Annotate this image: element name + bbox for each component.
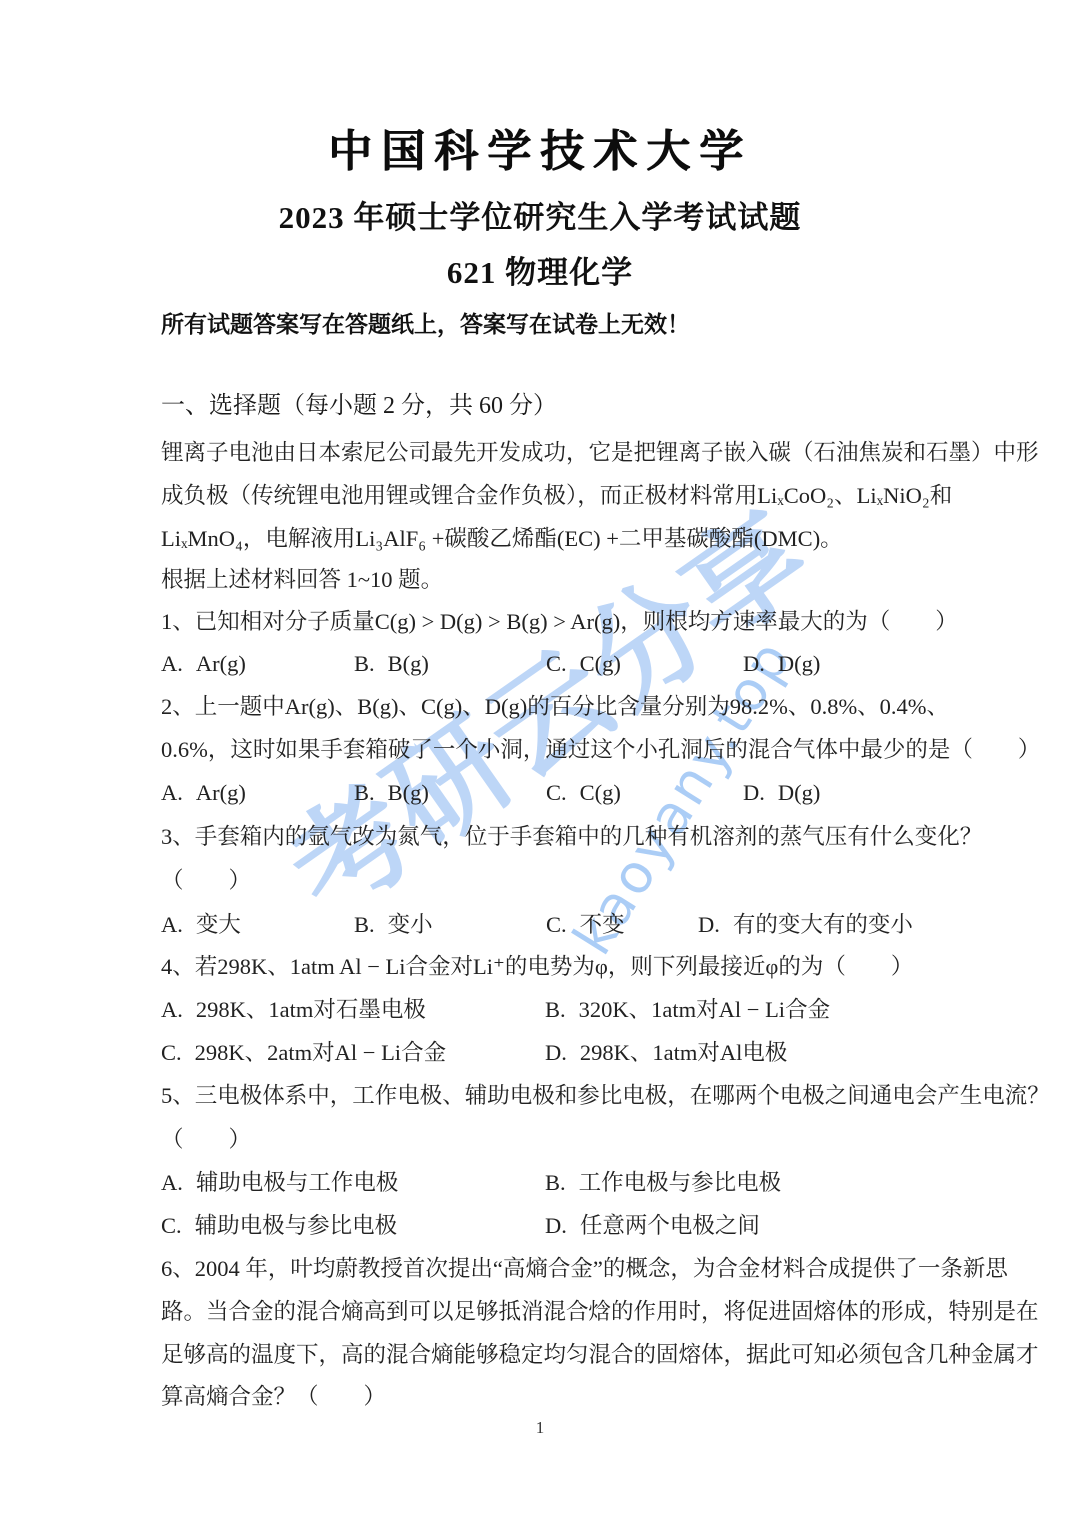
question-1-options: A.Ar(g) B.B(g) C.C(g) D.D(g) [161, 648, 931, 679]
question-6-text: 6、2004 年，叶均蔚教授首次提出“高熵合金”的概念，为合金材料合成提供了一条… [161, 1253, 931, 1284]
option-d: D.298K、1atm对Al电极 [545, 1037, 931, 1068]
option-text: D(g) [778, 780, 820, 805]
option-c: C.C(g) [546, 648, 743, 679]
option-label: B. [354, 651, 375, 676]
option-label: D. [743, 780, 765, 805]
option-label: D. [545, 1040, 567, 1065]
section-title: 一、选择题（每小题 2 分，共 60 分） [161, 390, 931, 422]
option-b: B.B(g) [354, 777, 546, 808]
option-label: A. [161, 997, 183, 1022]
option-label: D. [545, 1213, 567, 1238]
option-text: 变大 [196, 912, 241, 937]
option-label: B. [354, 780, 375, 805]
option-a: A.辅助电极与工作电极 [161, 1167, 545, 1198]
option-text: 工作电极与参比电极 [579, 1170, 782, 1195]
option-a: A.变大 [161, 909, 354, 940]
question-4-options-row2: C.298K、2atm对Al − Li合金 D.298K、1atm对Al电极 [161, 1037, 931, 1068]
option-text: C(g) [580, 651, 621, 676]
question-3-text: 3、手套箱内的氩气改为氮气，位于手套箱中的几种有机溶剂的蒸气压有什么变化？ [161, 821, 931, 852]
option-text: Ar(g) [196, 651, 246, 676]
subject-title: 621 物理化学 [0, 253, 1080, 293]
option-b: B.320K、1atm对Al − Li合金 [545, 994, 931, 1025]
option-a: A.Ar(g) [161, 777, 354, 808]
option-label: B. [354, 912, 375, 937]
intro-line: LiₓMnO₄，电解液用Li₃AlF₆ +碳酸乙烯酯(EC) +二甲基碳酸酯(D… [161, 523, 931, 554]
option-text: 298K、1atm对Al电极 [580, 1040, 788, 1065]
option-label: C. [161, 1040, 182, 1065]
option-text: 任意两个电极之间 [580, 1213, 760, 1238]
exam-paper-page: 考研云分享 kaoyany.top 中国科学技术大学 2023 年硕士学位研究生… [0, 0, 1080, 1528]
option-text: 变小 [388, 912, 433, 937]
question-3-blank: （ ） [161, 865, 931, 896]
option-text: 298K、1atm对石墨电极 [196, 997, 426, 1022]
question-6-text: 路。当合金的混合熵高到可以足够抵消混合焓的作用时，将促进固熔体的形成，特别是在 [161, 1296, 931, 1327]
option-b: B.工作电极与参比电极 [545, 1167, 931, 1198]
option-text: D(g) [778, 651, 820, 676]
option-c: C.辅助电极与参比电极 [161, 1210, 545, 1241]
page-number: 1 [0, 1412, 1080, 1443]
option-d: D.任意两个电极之间 [545, 1210, 931, 1241]
option-text: Ar(g) [196, 780, 246, 805]
option-label: B. [545, 997, 566, 1022]
question-2-text: 0.6%，这时如果手套箱破了一个小洞，通过这个小孔洞后的混合气体中最少的是（ ） [161, 734, 931, 765]
answer-notice: 所有试题答案写在答题纸上，答案写在试卷上无效！ [161, 309, 931, 340]
exam-title: 2023 年硕士学位研究生入学考试试题 [0, 198, 1080, 238]
option-c: C.298K、2atm对Al − Li合金 [161, 1037, 545, 1068]
university-title: 中国科学技术大学 [0, 126, 1080, 178]
option-d: D.D(g) [743, 777, 931, 808]
question-4-text: 4、若298K、1atm Al − Li合金对Li⁺的电势为φ，则下列最接近φ的… [161, 951, 931, 982]
option-label: A. [161, 1170, 183, 1195]
option-c: C.C(g) [546, 777, 743, 808]
option-a: A.Ar(g) [161, 648, 354, 679]
option-a: A.298K、1atm对石墨电极 [161, 994, 545, 1025]
question-6-text: 算高熵合金？（ ） [161, 1381, 931, 1412]
question-2-options: A.Ar(g) B.B(g) C.C(g) D.D(g) [161, 777, 931, 808]
option-b: B.B(g) [354, 648, 546, 679]
question-5-text: 5、三电极体系中，工作电极、辅助电极和参比电极，在哪两个电极之间通电会产生电流？ [161, 1080, 931, 1111]
option-label: A. [161, 912, 183, 937]
intro-line: 锂离子电池由日本索尼公司最先开发成功，它是把锂离子嵌入碳（石油焦炭和石墨）中形 [161, 437, 931, 468]
option-label: D. [743, 651, 765, 676]
option-text: 320K、1atm对Al − Li合金 [579, 997, 830, 1022]
option-d: D.有的变大有的变小 [698, 909, 931, 940]
option-label: A. [161, 651, 183, 676]
option-b: B.变小 [354, 909, 546, 940]
option-c: C.不变 [546, 909, 698, 940]
intro-line: 根据上述材料回答 1~10 题。 [161, 564, 931, 595]
option-label: D. [698, 912, 720, 937]
option-label: C. [546, 780, 567, 805]
option-text: 辅助电极与参比电极 [195, 1213, 398, 1238]
option-label: C. [546, 651, 567, 676]
option-text: 不变 [580, 912, 625, 937]
option-label: C. [161, 1213, 182, 1238]
question-5-options-row2: C.辅助电极与参比电极 D.任意两个电极之间 [161, 1210, 931, 1241]
option-text: 有的变大有的变小 [733, 912, 913, 937]
question-2-text: 2、上一题中Ar(g)、B(g)、C(g)、D(g)的百分比含量分别为98.2%… [161, 691, 931, 722]
option-text: C(g) [580, 780, 621, 805]
option-text: 298K、2atm对Al − Li合金 [195, 1040, 446, 1065]
option-text: B(g) [388, 651, 429, 676]
question-5-blank: （ ） [161, 1124, 931, 1155]
option-d: D.D(g) [743, 648, 931, 679]
question-4-options-row1: A.298K、1atm对石墨电极 B.320K、1atm对Al − Li合金 [161, 994, 931, 1025]
question-3-options: A.变大 B.变小 C.不变 D.有的变大有的变小 [161, 909, 931, 940]
question-5-options-row1: A.辅助电极与工作电极 B.工作电极与参比电极 [161, 1167, 931, 1198]
question-6-text: 足够高的温度下，高的混合熵能够稳定均匀混合的固熔体，据此可知必须包含几种金属才 [161, 1339, 931, 1370]
option-text: 辅助电极与工作电极 [196, 1170, 399, 1195]
intro-line: 成负极（传统锂电池用锂或锂合金作负极），而正极材料常用LiₓCoO₂、LiₓNi… [161, 480, 931, 511]
option-label: A. [161, 780, 183, 805]
question-1-text: 1、已知相对分子质量C(g) > D(g) > B(g) > Ar(g)，则根均… [161, 606, 931, 637]
option-label: C. [546, 912, 567, 937]
option-label: B. [545, 1170, 566, 1195]
option-text: B(g) [388, 780, 429, 805]
